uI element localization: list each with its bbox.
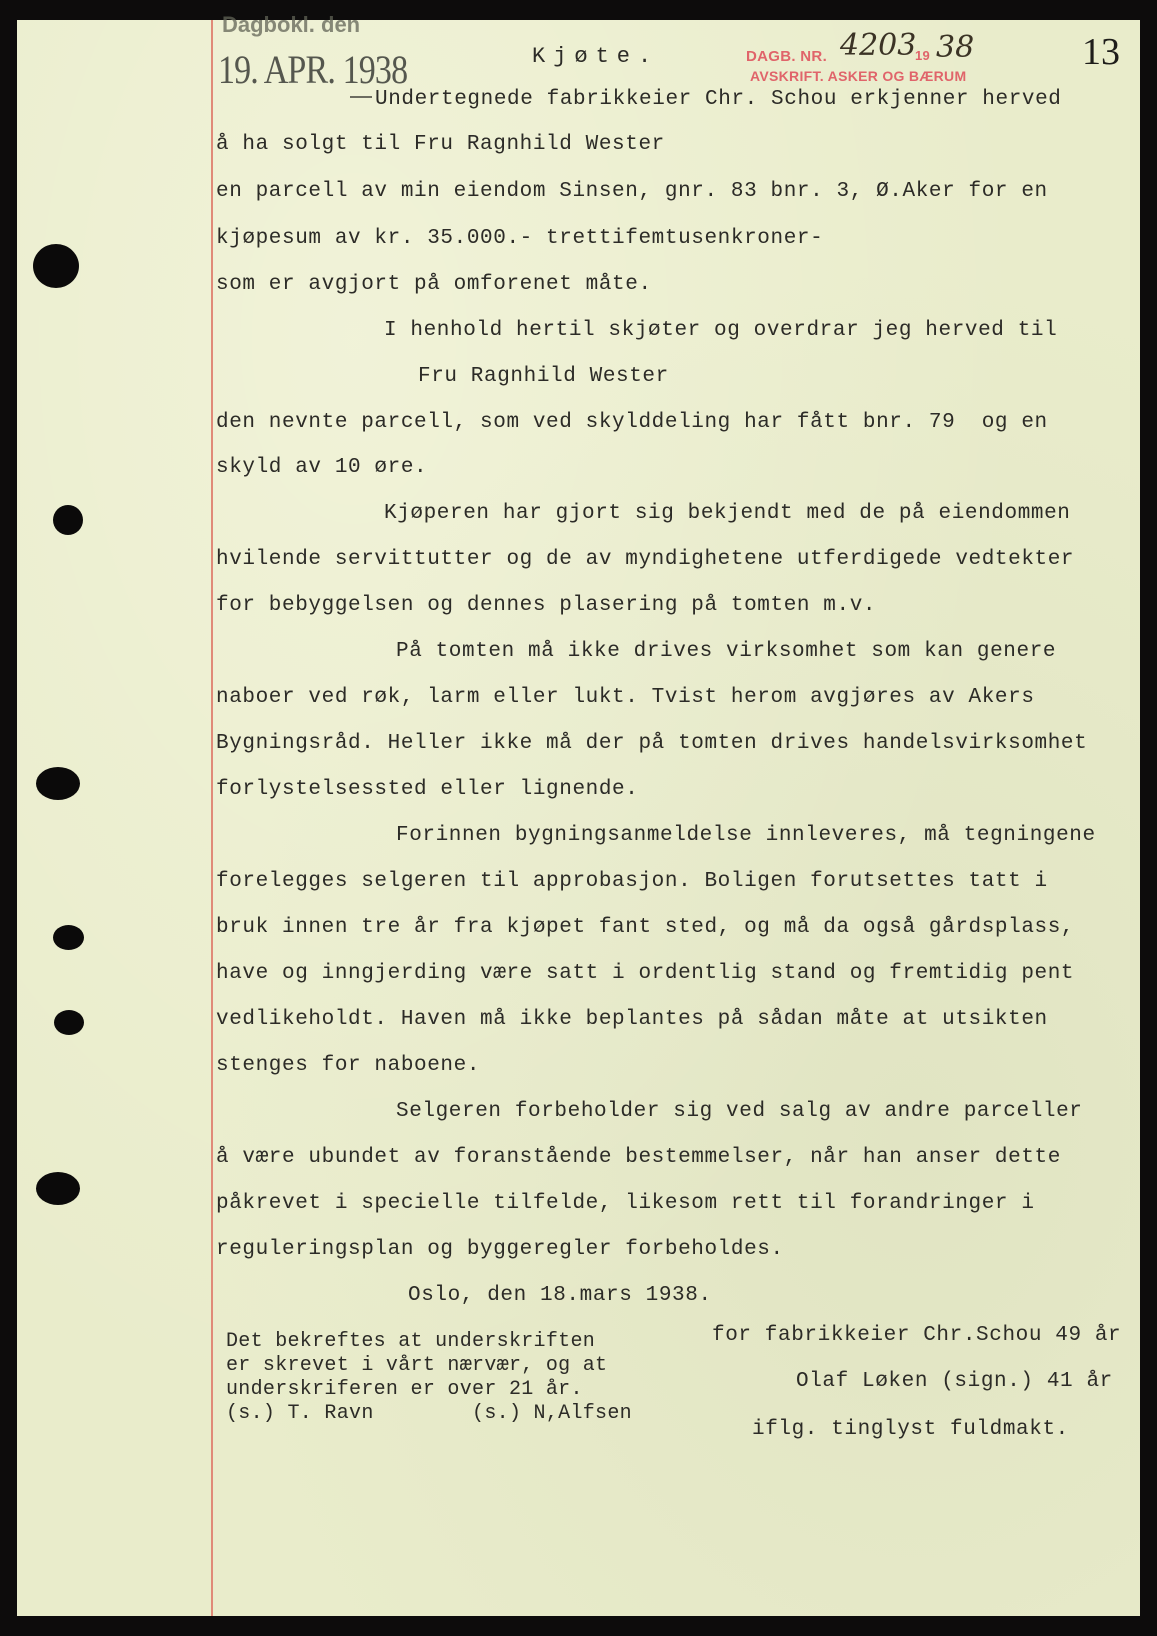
punch-hole [36, 1172, 80, 1205]
indent-mark [350, 96, 372, 98]
body-line: Fru Ragnhild Wester [418, 365, 669, 388]
witness-line: er skrevet i vårt nærvær, og at [226, 1354, 607, 1377]
body-line: have og inngjerding være satt i ordentli… [216, 962, 1074, 985]
body-line: en parcell av min eiendom Sinsen, gnr. 8… [216, 180, 1048, 203]
body-line: forlystelsessted eller lignende. [216, 778, 638, 801]
page-number: 13 [1082, 30, 1120, 74]
body-line: Bygningsråd. Heller ikke må der på tomte… [216, 732, 1087, 755]
body-line: I henhold hertil skjøter og overdrar jeg… [384, 319, 1057, 342]
body-line: reguleringsplan og byggeregler forbehold… [216, 1238, 784, 1261]
body-line: hvilende servittutter og de av myndighet… [216, 548, 1074, 571]
registry-office-stamp: AVSKRIFT. ASKER OG BÆRUM [750, 68, 966, 84]
body-line: som er avgjort på omforenet måte. [216, 273, 652, 296]
body-line: for bebyggelsen og dennes plasering på t… [216, 594, 876, 617]
diary-year-handwritten: 38 [936, 30, 974, 65]
punch-hole [36, 767, 80, 800]
diary-number-handwritten: 4203 [840, 28, 916, 63]
witness-signatures: (s.) T. Ravn (s.) N,Alfsen [226, 1402, 632, 1425]
signature-line: iflg. tinglyst fuldmakt. [752, 1418, 1069, 1441]
body-line: Selgeren forbeholder sig ved salg av and… [396, 1100, 1083, 1123]
document-title: Kjøte. [532, 44, 659, 69]
punch-hole [33, 244, 79, 288]
received-date-stamp: 19. APR. 1938 [218, 46, 407, 93]
diary-year-prefix: 19 [915, 48, 930, 63]
punch-hole [54, 1010, 84, 1035]
body-line: påkrevet i specielle tilfelde, likesom r… [216, 1192, 1035, 1215]
body-line: Kjøperen har gjort sig bekjendt med de p… [384, 502, 1071, 525]
margin-line [211, 20, 213, 1616]
signature-line: for fabrikkeier Chr.Schou 49 år [712, 1324, 1121, 1347]
diary-number-label: DAGB. NR. [746, 48, 827, 65]
body-line: På tomten må ikke drives virksomhet som … [396, 640, 1056, 663]
body-line: kjøpesum av kr. 35.000.- trettifemtusenk… [216, 227, 823, 250]
body-line: Forinnen bygningsanmeldelse innleveres, … [396, 824, 1096, 847]
body-line: å være ubundet av foranstående bestemmel… [216, 1146, 1061, 1169]
punch-hole [53, 505, 83, 535]
signature-line: Olaf Løken (sign.) 41 år [796, 1370, 1113, 1393]
body-line: forelegges selgeren til approbasjon. Bol… [216, 870, 1048, 893]
body-line: bruk innen tre år fra kjøpet fant sted, … [216, 916, 1074, 939]
body-line: naboer ved røk, larm eller lukt. Tvist h… [216, 686, 1035, 709]
punch-hole [53, 925, 84, 950]
body-line: stenges for naboene. [216, 1054, 480, 1077]
body-line: Undertegnede fabrikkeier Chr. Schou erkj… [375, 88, 1062, 111]
body-line: å ha solgt til Fru Ragnhild Wester [216, 133, 665, 156]
witness-line: underskriferen er over 21 år. [226, 1378, 583, 1401]
witness-line: Det bekreftes at underskriften [226, 1330, 595, 1353]
body-line: den nevnte parcell, som ved skylddeling … [216, 411, 1048, 434]
body-line: skyld av 10 øre. [216, 456, 427, 479]
place-and-date: Oslo, den 18.mars 1938. [408, 1284, 712, 1307]
diary-stamp-label: Dagbokl. den [222, 12, 360, 38]
body-line: vedlikeholdt. Haven må ikke beplantes på… [216, 1008, 1048, 1031]
